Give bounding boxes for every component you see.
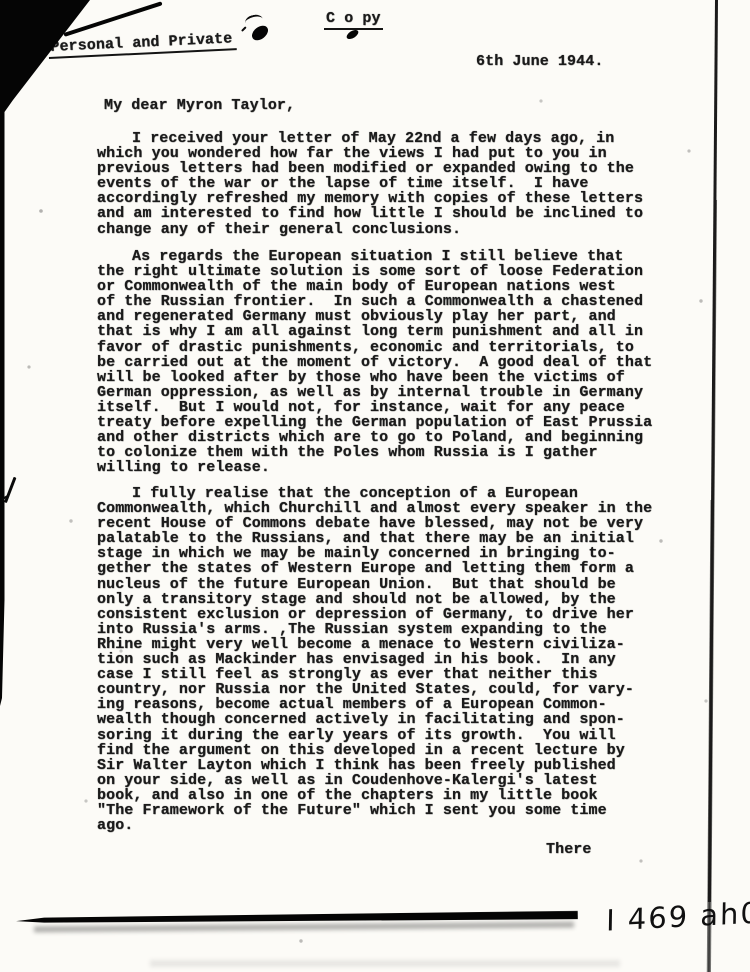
bottom-speckle-band <box>150 960 620 967</box>
paragraph-1: I received your letter of May 22nd a few… <box>97 131 643 237</box>
paper-speckles <box>0 0 2 2</box>
paragraph-3: I fully realise that the conception of a… <box>97 486 652 833</box>
salutation: My dear Myron Taylor, <box>104 98 295 113</box>
classification-stamp: Personal and Private <box>48 31 237 59</box>
ink-blot-tick <box>241 26 247 32</box>
scan-corner-fold <box>0 0 92 710</box>
smudge-streak-fuzz <box>34 922 574 933</box>
scanned-letter-page: C o py Personal and Private 6th June 194… <box>0 0 750 972</box>
scan-edge-line-right <box>708 0 718 902</box>
margin-check-mark <box>4 477 16 503</box>
date-line: 6th June 1944. <box>476 54 603 69</box>
handwritten-reference: I 469 ah03 <box>606 894 750 937</box>
copy-label: C o py <box>324 11 383 30</box>
paragraph-2: As regards the European situation I stil… <box>97 249 652 475</box>
catchword: There <box>546 842 592 857</box>
